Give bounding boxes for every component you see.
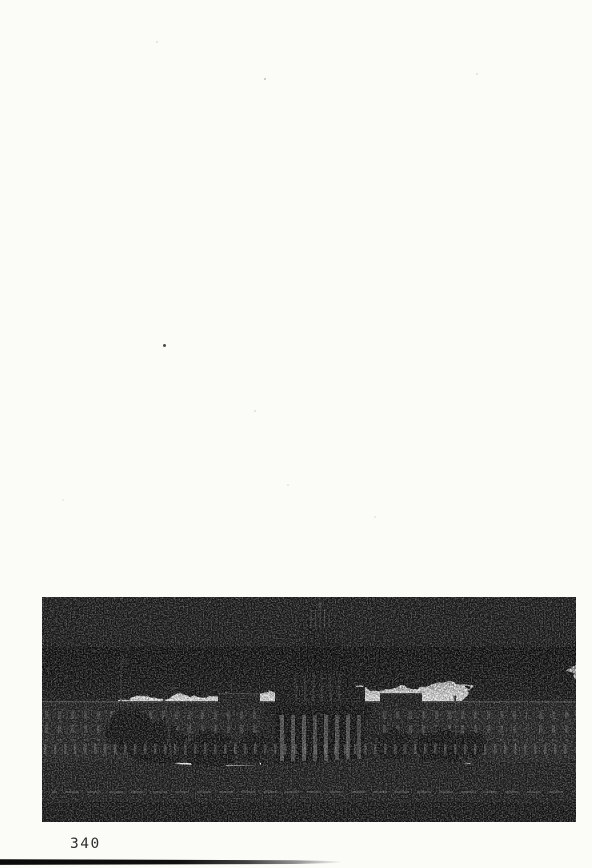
diet-building-photo: [42, 597, 576, 822]
bottom-rule: [0, 859, 342, 865]
scan-speckle: [264, 78, 266, 80]
diet-building-illustration: [42, 597, 576, 822]
scanned-page: 340: [0, 0, 592, 868]
scan-speckle: [374, 516, 376, 518]
page-number-label: 340: [70, 836, 101, 852]
scan-speckle: [476, 73, 478, 75]
grain-black: [42, 597, 576, 822]
scan-speckle: [163, 344, 166, 347]
scan-speckle: [287, 484, 289, 486]
scan-speckle: [254, 410, 256, 412]
scan-speckle: [156, 41, 158, 43]
scan-speckle: [62, 499, 64, 501]
